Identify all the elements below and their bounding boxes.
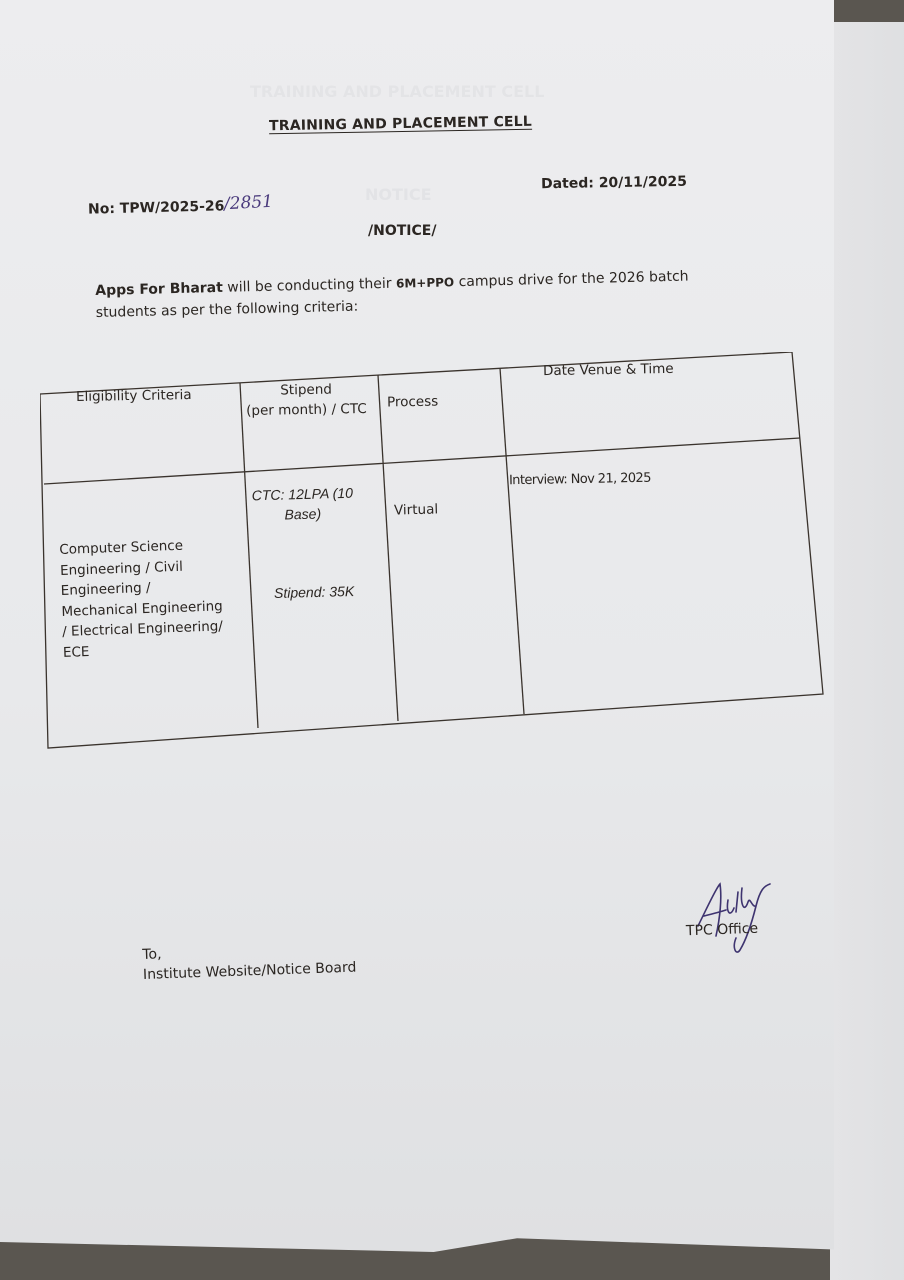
header-date-venue: Date Venue & Time	[543, 361, 674, 379]
bleed-through-text: NOTICE	[365, 185, 432, 204]
date-line: Dated: 20/11/2025	[541, 174, 687, 193]
intro-text: will be conducting their	[227, 276, 392, 296]
cell-process: Virtual	[394, 501, 439, 518]
cell-ctc: CTC: 12LPA (10 Base)	[251, 483, 353, 526]
recipient-block: To, Institute Website/Notice Board	[142, 938, 357, 985]
header-stipend-line1: Stipend	[246, 379, 367, 401]
header-process: Process	[387, 394, 438, 411]
signatory: TPC Office	[686, 921, 759, 940]
notice-document: TRAINING AND PLACEMENT CELL NOTICE TRAIN…	[0, 0, 834, 1252]
drive-type: 6M+PPO	[396, 275, 454, 290]
header-stipend-line2: (per month) / CTC	[246, 399, 367, 421]
background-paper	[830, 22, 904, 1280]
company-name: Apps For Bharat	[95, 280, 223, 299]
criteria-table: Eligibility Criteria Stipend (per month)…	[40, 352, 822, 748]
reference-number: No: TPW/2025-26	[88, 198, 225, 217]
header-eligibility: Eligibility Criteria	[76, 387, 192, 405]
signature-icon	[690, 878, 780, 958]
cell-eligibility: Computer Science Engineering / Civil Eng…	[59, 534, 224, 663]
handwritten-reference: /2851	[224, 192, 274, 215]
ctc-line1: CTC: 12LPA (10	[251, 483, 353, 506]
ctc-line2: Base)	[252, 503, 354, 526]
notice-label: /NOTICE/	[368, 223, 436, 239]
intro-text: campus drive for the 2026 batch	[458, 268, 688, 290]
intro-paragraph: Apps For Bharat will be conducting their…	[95, 266, 689, 324]
header-stipend: Stipend (per month) / CTC	[246, 379, 367, 421]
bleed-through-text: TRAINING AND PLACEMENT CELL	[250, 82, 544, 101]
document-header: TRAINING AND PLACEMENT CELL	[269, 114, 532, 135]
cell-date-venue: Interview: Nov 21, 2025	[509, 471, 651, 488]
cell-stipend: Stipend: 35K	[274, 583, 355, 601]
